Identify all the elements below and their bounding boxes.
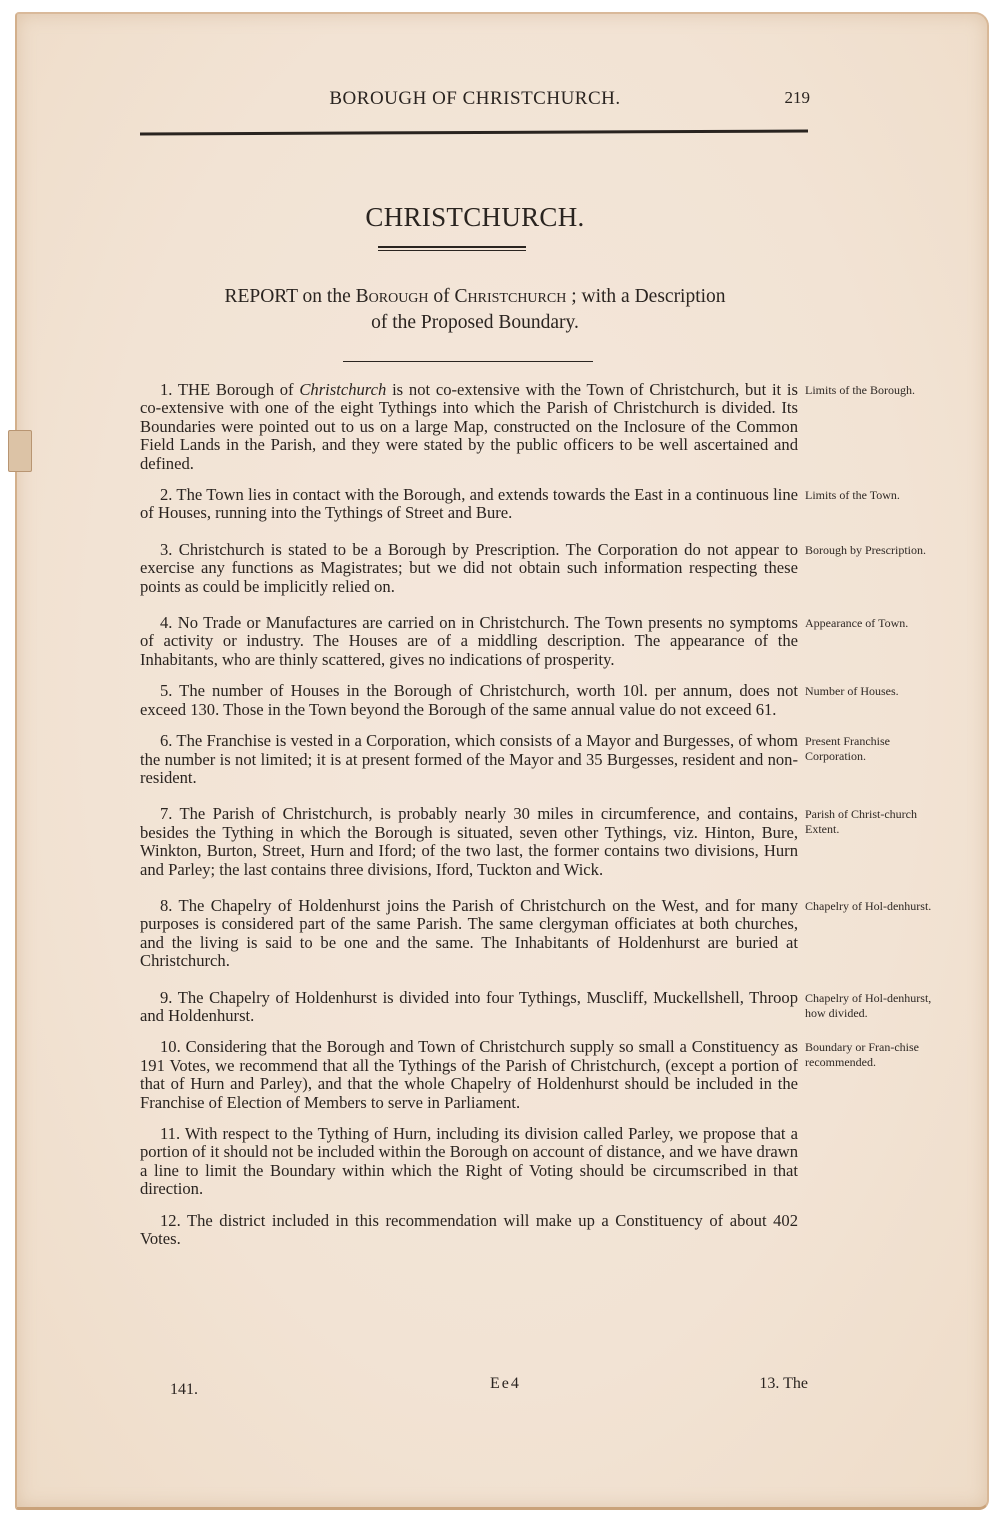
- paragraph-6: 6. The Franchise is vested in a Corporat…: [140, 732, 798, 787]
- paragraph-text: 9. The Chapelry of Holdenhurst is divide…: [140, 988, 798, 1025]
- paragraph-text: 4. No Trade or Manufactures are carried …: [140, 613, 798, 669]
- heading-text: REPORT on the: [224, 286, 355, 307]
- paragraph-7: 7. The Parish of Christchurch, is probab…: [140, 805, 798, 879]
- margin-note: Limits of the Borough.: [805, 383, 943, 398]
- paragraph-text: 8. The Chapelry of Holdenhurst joins the…: [140, 896, 798, 970]
- paragraph-text: 12. The district included in this recomm…: [140, 1211, 798, 1248]
- title-double-rule: [378, 246, 526, 252]
- paragraph-text: 6. The Franchise is vested in a Corporat…: [140, 731, 798, 787]
- catchword: 13. The: [759, 1375, 808, 1393]
- torn-page-edge: [8, 430, 32, 472]
- paragraph-1: 1. THE Borough of Christchurch is not co…: [140, 381, 798, 473]
- margin-note: Chapelry of Hol-denhurst.: [805, 899, 943, 914]
- paragraph-4: 4. No Trade or Manufactures are carried …: [140, 614, 798, 669]
- sheet-mark: Ee4: [490, 1375, 521, 1393]
- margin-note: Present Franchise Corporation.: [805, 734, 943, 764]
- heading-smallcaps-christchurch: Christchurch: [455, 286, 567, 307]
- paragraph-5: 5. The number of Houses in the Borough o…: [140, 682, 798, 719]
- paragraph-text: 10. Considering that the Borough and Tow…: [140, 1037, 798, 1111]
- paragraph-text: 11. With respect to the Tything of Hurn,…: [140, 1124, 798, 1198]
- italic-place-name: Christchurch: [299, 380, 386, 399]
- signature-mark: 141.: [170, 1381, 198, 1399]
- paragraph-8: 8. The Chapelry of Holdenhurst joins the…: [140, 897, 798, 971]
- section-rule: [343, 361, 593, 362]
- paragraph-text: 2. The Town lies in contact with the Bor…: [140, 485, 798, 522]
- margin-note: Boundary or Fran-chise recommended.: [805, 1040, 943, 1070]
- paragraph-11: 11. With respect to the Tything of Hurn,…: [140, 1125, 798, 1199]
- heading-smallcaps-borough: Borough: [356, 286, 429, 307]
- margin-note: Limits of the Town.: [805, 488, 943, 503]
- margin-note: Number of Houses.: [805, 684, 943, 699]
- report-body: 1. THE Borough of Christchurch is not co…: [140, 381, 798, 1261]
- paragraph-text: 1. THE Borough of: [160, 380, 299, 399]
- margin-note: Chapelry of Hol-denhurst, how divided.: [805, 991, 943, 1021]
- paragraph-12: 12. The district included in this recomm…: [140, 1212, 798, 1249]
- report-heading-line-2: of the Proposed Boundary.: [140, 310, 810, 336]
- page-title: CHRISTCHURCH.: [140, 202, 810, 233]
- running-title: BOROUGH OF CHRISTCHURCH.: [140, 88, 810, 110]
- paragraph-text: 5. The number of Houses in the Borough o…: [140, 681, 798, 718]
- heading-text: ; with a Description: [566, 286, 725, 307]
- margin-note: Borough by Prescription.: [805, 543, 943, 558]
- paragraph-10: 10. Considering that the Borough and Tow…: [140, 1038, 798, 1112]
- margin-note: Appearance of Town.: [805, 616, 943, 631]
- paragraph-text: 7. The Parish of Christchurch, is probab…: [140, 804, 798, 878]
- paragraph-3: 3. Christchurch is stated to be a Boroug…: [140, 541, 798, 596]
- heading-text: of: [429, 286, 455, 307]
- margin-note: Parish of Christ-church Extent.: [805, 807, 943, 837]
- running-head: BOROUGH OF CHRISTCHURCH. 219: [140, 88, 810, 128]
- report-heading-line-1: REPORT on the Borough of Christchurch ; …: [140, 284, 810, 310]
- paragraph-9: 9. The Chapelry of Holdenhurst is divide…: [140, 989, 798, 1026]
- page-footer: 141. Ee4 13. The: [140, 1375, 810, 1399]
- report-heading: REPORT on the Borough of Christchurch ; …: [140, 284, 810, 336]
- paragraph-2: 2. The Town lies in contact with the Bor…: [140, 486, 798, 523]
- page-number: 219: [785, 88, 811, 108]
- paragraph-text: 3. Christchurch is stated to be a Boroug…: [140, 540, 798, 596]
